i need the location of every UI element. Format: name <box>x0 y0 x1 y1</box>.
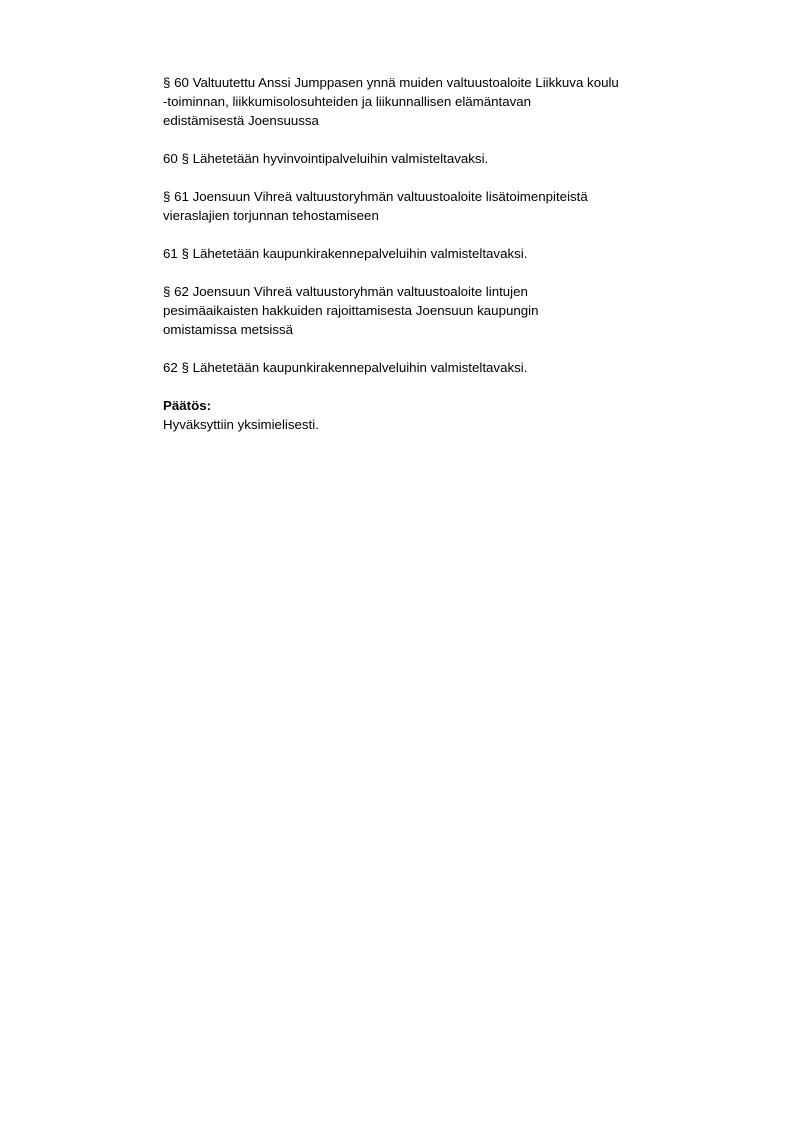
document-page: § 60 Valtuutettu Anssi Jumppasen ynnä mu… <box>163 73 683 453</box>
text-line: 60 § Lähetetään hyvinvointipalveluihin v… <box>163 149 683 168</box>
decision-text: Hyväksyttiin yksimielisesti. <box>163 415 683 434</box>
referral-61: 61 § Lähetetään kaupunkirakennepalveluih… <box>163 244 683 263</box>
decision-label: Päätös: <box>163 396 683 415</box>
text-line: § 62 Joensuun Vihreä valtuustoryhmän val… <box>163 282 683 301</box>
text-line: pesimäaikaisten hakkuiden rajoittamisest… <box>163 301 683 320</box>
referral-60: 60 § Lähetetään hyvinvointipalveluihin v… <box>163 149 683 168</box>
text-line: vieraslajien torjunnan tehostamiseen <box>163 206 683 225</box>
initiative-60: § 60 Valtuutettu Anssi Jumppasen ynnä mu… <box>163 73 683 130</box>
initiative-61: § 61 Joensuun Vihreä valtuustoryhmän val… <box>163 187 683 225</box>
initiative-62: § 62 Joensuun Vihreä valtuustoryhmän val… <box>163 282 683 339</box>
text-line: § 61 Joensuun Vihreä valtuustoryhmän val… <box>163 187 683 206</box>
decision-block: Päätös: Hyväksyttiin yksimielisesti. <box>163 396 683 434</box>
text-line: -toiminnan, liikkumisolosuhteiden ja lii… <box>163 92 683 111</box>
referral-62: 62 § Lähetetään kaupunkirakennepalveluih… <box>163 358 683 377</box>
text-line: 62 § Lähetetään kaupunkirakennepalveluih… <box>163 358 683 377</box>
text-line: edistämisestä Joensuussa <box>163 111 683 130</box>
text-line: 61 § Lähetetään kaupunkirakennepalveluih… <box>163 244 683 263</box>
text-line: § 60 Valtuutettu Anssi Jumppasen ynnä mu… <box>163 73 683 92</box>
text-line: omistamissa metsissä <box>163 320 683 339</box>
